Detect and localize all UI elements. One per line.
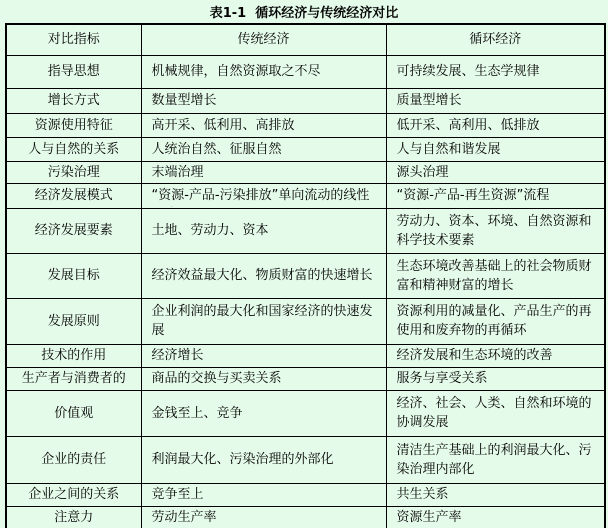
traditional-cell: 竞争至上 (141, 483, 386, 506)
traditional-cell: 企业利润的最大化和国家经济的快速发展 (141, 298, 386, 344)
circular-cell: 人与自然和谐发展 (386, 137, 605, 161)
circular-cell: 经济发展和生态环境的改善 (386, 344, 605, 367)
row-label: 人与自然的关系 (6, 137, 141, 161)
header-row: 对比指标 传统经济 循环经济 (6, 24, 605, 55)
traditional-cell: 经济效益最大化、物质财富的快速增长 (141, 253, 386, 298)
table-row: 资源使用特征 高开采、低利用、高排放 低开采、高利用、低排放 (6, 113, 605, 137)
circular-cell: 质量型增长 (386, 88, 605, 113)
circular-cell: 共生关系 (386, 483, 605, 506)
circular-cell: 源头治理 (386, 161, 605, 183)
circular-cell: 服务与享受关系 (386, 367, 605, 390)
traditional-cell: 人统治自然、征服自然 (141, 137, 386, 161)
row-label: 增长方式 (6, 88, 141, 113)
traditional-cell: 数量型增长 (141, 88, 386, 113)
table-row: 发展原则 企业利润的最大化和国家经济的快速发展 资源利用的减量化、产品生产的再使… (6, 298, 605, 344)
row-label: 企业之间的关系 (6, 483, 141, 506)
row-label: 技术的作用 (6, 344, 141, 367)
row-label: 注意力 (6, 506, 141, 528)
traditional-cell: 金钱至上、竞争 (141, 390, 386, 436)
table-title: 表1-1 循环经济与传统经济对比 (0, 0, 608, 22)
table-row: 污染治理 末端治理 源头治理 (6, 161, 605, 183)
traditional-cell: 机械规律，自然资源取之不尽 (141, 55, 386, 88)
table-row: 注意力 劳动生产率 资源生产率 (6, 506, 605, 528)
circular-cell: 资源利用的减量化、产品生产的再使用和废弃物的再循环 (386, 298, 605, 344)
table-row: 人与自然的关系 人统治自然、征服自然 人与自然和谐发展 (6, 137, 605, 161)
traditional-cell: “资源-产品-污染排放”单向流动的线性经济 (141, 183, 386, 208)
table-row: 指导思想 机械规律，自然资源取之不尽 可持续发展、生态学规律 (6, 55, 605, 88)
traditional-cell: 土地、劳动力、资本 (141, 208, 386, 253)
row-label: 污染治理 (6, 161, 141, 183)
circular-cell: 资源生产率 (386, 506, 605, 528)
circular-cell: 生态环境改善基础上的社会物质财富和精神财富的增长 (386, 253, 605, 298)
traditional-cell: 高开采、低利用、高排放 (141, 113, 386, 137)
table-row: 企业之间的关系 竞争至上 共生关系 (6, 483, 605, 506)
table-row: 增长方式 数量型增长 质量型增长 (6, 88, 605, 113)
header-circular: 循环经济 (386, 24, 605, 55)
comparison-table: 对比指标 传统经济 循环经济 指导思想 机械规律，自然资源取之不尽 可持续发展、… (5, 23, 606, 528)
table-row: 企业的责任 利润最大化、污染治理的外部化 清洁生产基础上的利润最大化、污染治理内… (6, 436, 605, 483)
traditional-cell: 经济增长 (141, 344, 386, 367)
row-label: 资源使用特征 (6, 113, 141, 137)
table-row: 经济发展要素 土地、劳动力、资本 劳动力、资本、环境、自然资源和科学技术要素 (6, 208, 605, 253)
row-label: 发展目标 (6, 253, 141, 298)
table-row: 发展目标 经济效益最大化、物质财富的快速增长 生态环境改善基础上的社会物质财富和… (6, 253, 605, 298)
traditional-cell: 商品的交换与买卖关系 (141, 367, 386, 390)
row-label: 指导思想 (6, 55, 141, 88)
circular-cell: 劳动力、资本、环境、自然资源和科学技术要素 (386, 208, 605, 253)
table-row: 价值观 金钱至上、竞争 经济、社会、人类、自然和环境的协调发展 (6, 390, 605, 436)
header-indicator: 对比指标 (6, 24, 141, 55)
traditional-cell: 末端治理 (141, 161, 386, 183)
circular-cell: 清洁生产基础上的利润最大化、污染治理内部化 (386, 436, 605, 483)
circular-cell: 低开采、高利用、低排放 (386, 113, 605, 137)
traditional-cell: 利润最大化、污染治理的外部化 (141, 436, 386, 483)
table-row: 生产者与消费者的关系 商品的交换与买卖关系 服务与享受关系 (6, 367, 605, 390)
row-label: 经济发展模式 (6, 183, 141, 208)
circular-cell: “资源-产品-再生资源”流程 (386, 183, 605, 208)
row-label: 企业的责任 (6, 436, 141, 483)
row-label: 价值观 (6, 390, 141, 436)
table-row: 技术的作用 经济增长 经济发展和生态环境的改善 (6, 344, 605, 367)
circular-cell: 可持续发展、生态学规律 (386, 55, 605, 88)
table-row: 经济发展模式 “资源-产品-污染排放”单向流动的线性经济 “资源-产品-再生资源… (6, 183, 605, 208)
row-label: 发展原则 (6, 298, 141, 344)
row-label: 生产者与消费者的关系 (6, 367, 141, 390)
header-traditional: 传统经济 (141, 24, 386, 55)
row-label: 经济发展要素 (6, 208, 141, 253)
circular-cell: 经济、社会、人类、自然和环境的协调发展 (386, 390, 605, 436)
traditional-cell: 劳动生产率 (141, 506, 386, 528)
